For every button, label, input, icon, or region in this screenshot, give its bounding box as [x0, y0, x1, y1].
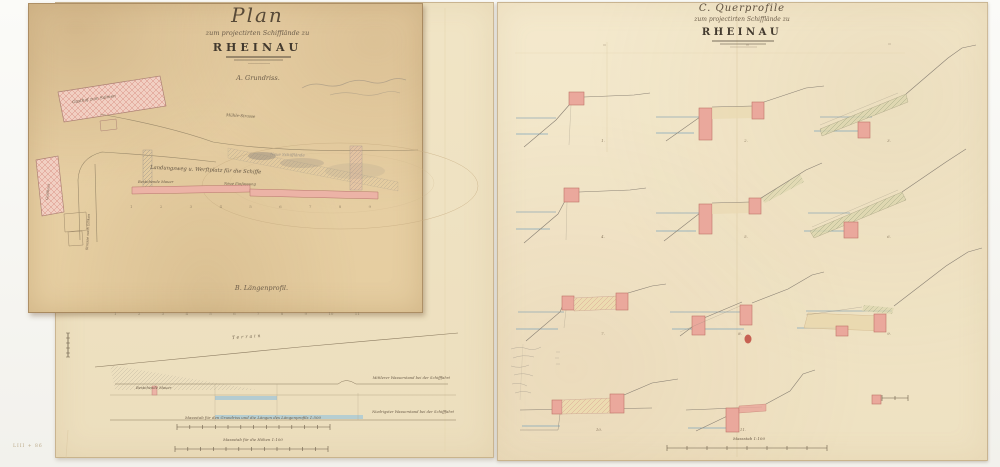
profile-10-wall: [552, 400, 562, 414]
profile-10-platform: [562, 398, 614, 414]
plan-station-numbers: 1 2 3 4 5 6 7 8 9: [130, 205, 371, 209]
pencil-annotation: [302, 79, 406, 89]
scale-bar-profiles: [667, 445, 827, 451]
profile-2: [764, 86, 824, 102]
profile-1: [569, 105, 571, 145]
profile-1: [584, 93, 650, 97]
left-place-title: RHEINAU: [205, 42, 310, 54]
profile-wall-label: Bestehende Mauer: [136, 386, 171, 390]
scale-bar-plan: [177, 424, 330, 430]
profile-7-wall: [616, 293, 628, 310]
height-scale-label: Massstab für die Höhen 1:100: [193, 438, 313, 442]
profile-7: [526, 300, 565, 341]
profile-10: [558, 414, 560, 430]
profile-7-platform: [574, 296, 618, 311]
profile-7-wall: [562, 296, 574, 310]
plan-scale-label: Massstab für den Grundriss und die Länge…: [168, 416, 338, 420]
profile-5-fill: [712, 202, 750, 214]
existing-wall-label: Bestehende Mauer: [138, 180, 173, 184]
profile-1: [524, 104, 570, 147]
profile-9: [894, 248, 982, 306]
profile-8: [680, 302, 742, 336]
profile-2-fill: [712, 106, 753, 119]
pencil-smudge: [280, 158, 324, 168]
profile-8-wall: [740, 305, 752, 325]
profile-10: [624, 379, 678, 395]
wall-new: [250, 189, 378, 199]
profile-4: [579, 188, 646, 192]
profile-number-3: 3.: [882, 139, 896, 143]
profile-8: [752, 272, 824, 303]
profile-number-6: 6.: [882, 235, 896, 239]
water-band: [215, 396, 277, 400]
profile-9-wall: [874, 314, 886, 332]
profile-number-1: 1.: [596, 139, 610, 143]
profile-2-wall: [699, 108, 712, 140]
right-subtitle: zum projectirten Schifflände zu: [677, 17, 807, 24]
profile-number-10: 10.: [592, 428, 606, 432]
pencil-notes: [511, 347, 541, 393]
profile-4: [566, 202, 567, 240]
profile-7: [628, 284, 666, 293]
profile-6-wall: [844, 222, 858, 238]
profile-terrain-line: [95, 333, 458, 367]
line-art-layer: [0, 0, 1000, 467]
profile-6: [902, 149, 966, 192]
sheet-crease: [66, 430, 68, 458]
profile-number-2: 2.: [739, 139, 753, 143]
detail-measure: [882, 395, 908, 401]
profile-station-numbers: 1 2 3 4 5 6 7 8 9 10 11: [114, 312, 360, 316]
road-edge: [100, 114, 418, 151]
profile-1-wall: [569, 92, 584, 105]
profile-5-wall: [749, 198, 761, 214]
section-b-label: B. Längenprofil.: [224, 285, 299, 292]
profile-number-4: 4.: [596, 235, 610, 239]
new-wall-label: Neue Einfassung: [224, 182, 256, 187]
profile-3: [906, 45, 976, 94]
profile-8-wall: [692, 316, 705, 335]
pencil-annotation: [330, 92, 400, 96]
profile-11: [766, 370, 815, 404]
left-title-script: Plan: [195, 4, 320, 26]
profile-10-wall: [610, 394, 624, 413]
mean-water-label: Mittlerer Wasserstand bei der Schifffahr…: [362, 376, 450, 380]
right-title-script: C. Querprofile: [682, 3, 802, 14]
scanned-plan-rheinau: Plan zum projectirten Schifflände zu RHE…: [0, 0, 1000, 467]
profile-8: [680, 306, 740, 332]
profile-3-wall: [858, 122, 870, 138]
profile-4: [524, 199, 566, 243]
scale-bar-heights: [175, 446, 328, 452]
profile-number-5: 5.: [739, 235, 753, 239]
profile-number-7: 7.: [596, 332, 610, 336]
profile-number-11: 11.: [736, 428, 750, 432]
building-annex: [100, 119, 117, 131]
archive-mark: LIII + 86: [13, 445, 43, 450]
profile-number-8: 8.: [733, 332, 747, 336]
profile-9-hatch: [862, 305, 894, 314]
low-water-label: Niedrigster Wasserstand bei der Schifffa…: [362, 410, 454, 414]
profile-hatch: [110, 365, 258, 390]
section-a-label: A. Grundriss.: [222, 75, 294, 82]
building-outline: [68, 231, 83, 246]
building-outline: [64, 212, 87, 232]
profile-2-wall: [752, 102, 764, 119]
profile-9-wall: [836, 326, 848, 336]
road-edge: [95, 164, 97, 242]
profile-11-slab: [739, 404, 766, 413]
profile-5-wall: [699, 204, 712, 234]
profile-7: [564, 310, 566, 328]
right-scale-label: Massstab 1:100: [709, 437, 789, 441]
profile-4-wall: [564, 188, 579, 202]
left-subtitle: zum projectirten Schifflände zu: [180, 30, 335, 37]
right-place-title: RHEINAU: [692, 27, 792, 38]
pencil-smudge: [325, 163, 385, 179]
pencil-notes: [555, 352, 560, 364]
profile-5-hatch: [761, 174, 804, 203]
detail-block: [872, 395, 881, 404]
profile-number-9: 9.: [882, 332, 896, 336]
